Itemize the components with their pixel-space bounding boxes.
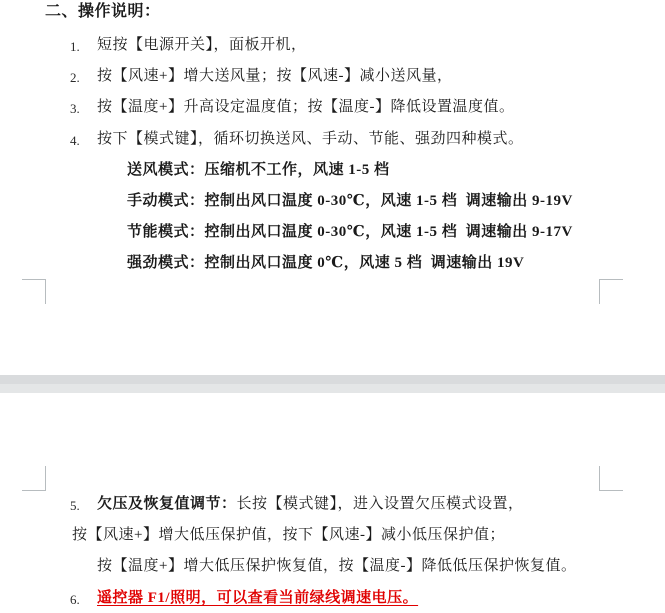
item5-continuation-line-1: 按【风速+】增大低压保护值，按下【风速-】减小低压保护值； xyxy=(72,527,505,544)
item-text: 短按【电源开关】，面板开机， xyxy=(97,37,307,54)
section-heading: 二、操作说明： xyxy=(45,3,161,20)
mode-line-shoudong: 手动模式：控制出风口温度 0-30℃，风速 1-5 档 调速输出 9-19V xyxy=(127,193,573,210)
word-document-page: 二、操作说明： 1. 短按【电源开关】，面板开机， 2. 按【风速+】增大送风量… xyxy=(0,0,665,613)
page-break-band-dark-strip xyxy=(0,375,665,384)
mode-line-qiangjin: 强劲模式：控制出风口温度 0℃，风速 5 档 调速输出 19V xyxy=(127,255,524,272)
page1-bottom-left-crop-mark xyxy=(22,279,46,304)
item-number: 5. xyxy=(70,497,96,514)
item-text: 按下【模式键】，循环切换送风、手动、节能、强劲四种模式。 xyxy=(97,131,524,148)
item-number: 2. xyxy=(70,69,96,86)
page2-top-left-crop-mark xyxy=(22,466,46,491)
item5-continuation-line-2: 按【温度+】增大低压保护恢复值，按【温度-】降低低压保护恢复值。 xyxy=(97,558,576,575)
item-number: 6. xyxy=(70,591,96,608)
mode-line-songfeng: 送风模式：压缩机不工作，风速 1-5 档 xyxy=(127,162,390,179)
mode-line-jieneng: 节能模式：控制出风口温度 0-30℃，风速 1-5 档 调速输出 9-17V xyxy=(127,224,573,241)
item5-bold-lead: 欠压及恢复值调节： xyxy=(97,496,237,512)
page2-top-right-crop-mark xyxy=(599,466,623,491)
page1-bottom-right-crop-mark xyxy=(599,279,623,304)
item-text: 欠压及恢复值调节：长按【模式键】，进入设置欠压模式设置， xyxy=(97,496,524,513)
item-text: 按【风速+】增大送风量；按【风速-】减小送风量， xyxy=(97,68,452,85)
page-break-band-light-strip xyxy=(0,384,665,393)
item6-red-warning-text: 遥控器 F1/照明，可以查看当前绿线调速电压。 xyxy=(97,590,418,607)
item-text: 按【温度+】升高设定温度值；按【温度-】降低设置温度值。 xyxy=(97,99,514,116)
item-number: 4. xyxy=(70,132,96,149)
item-number: 3. xyxy=(70,100,96,117)
item5-regular-text: 长按【模式键】，进入设置欠压模式设置， xyxy=(237,496,524,512)
item-number: 1. xyxy=(70,38,96,55)
